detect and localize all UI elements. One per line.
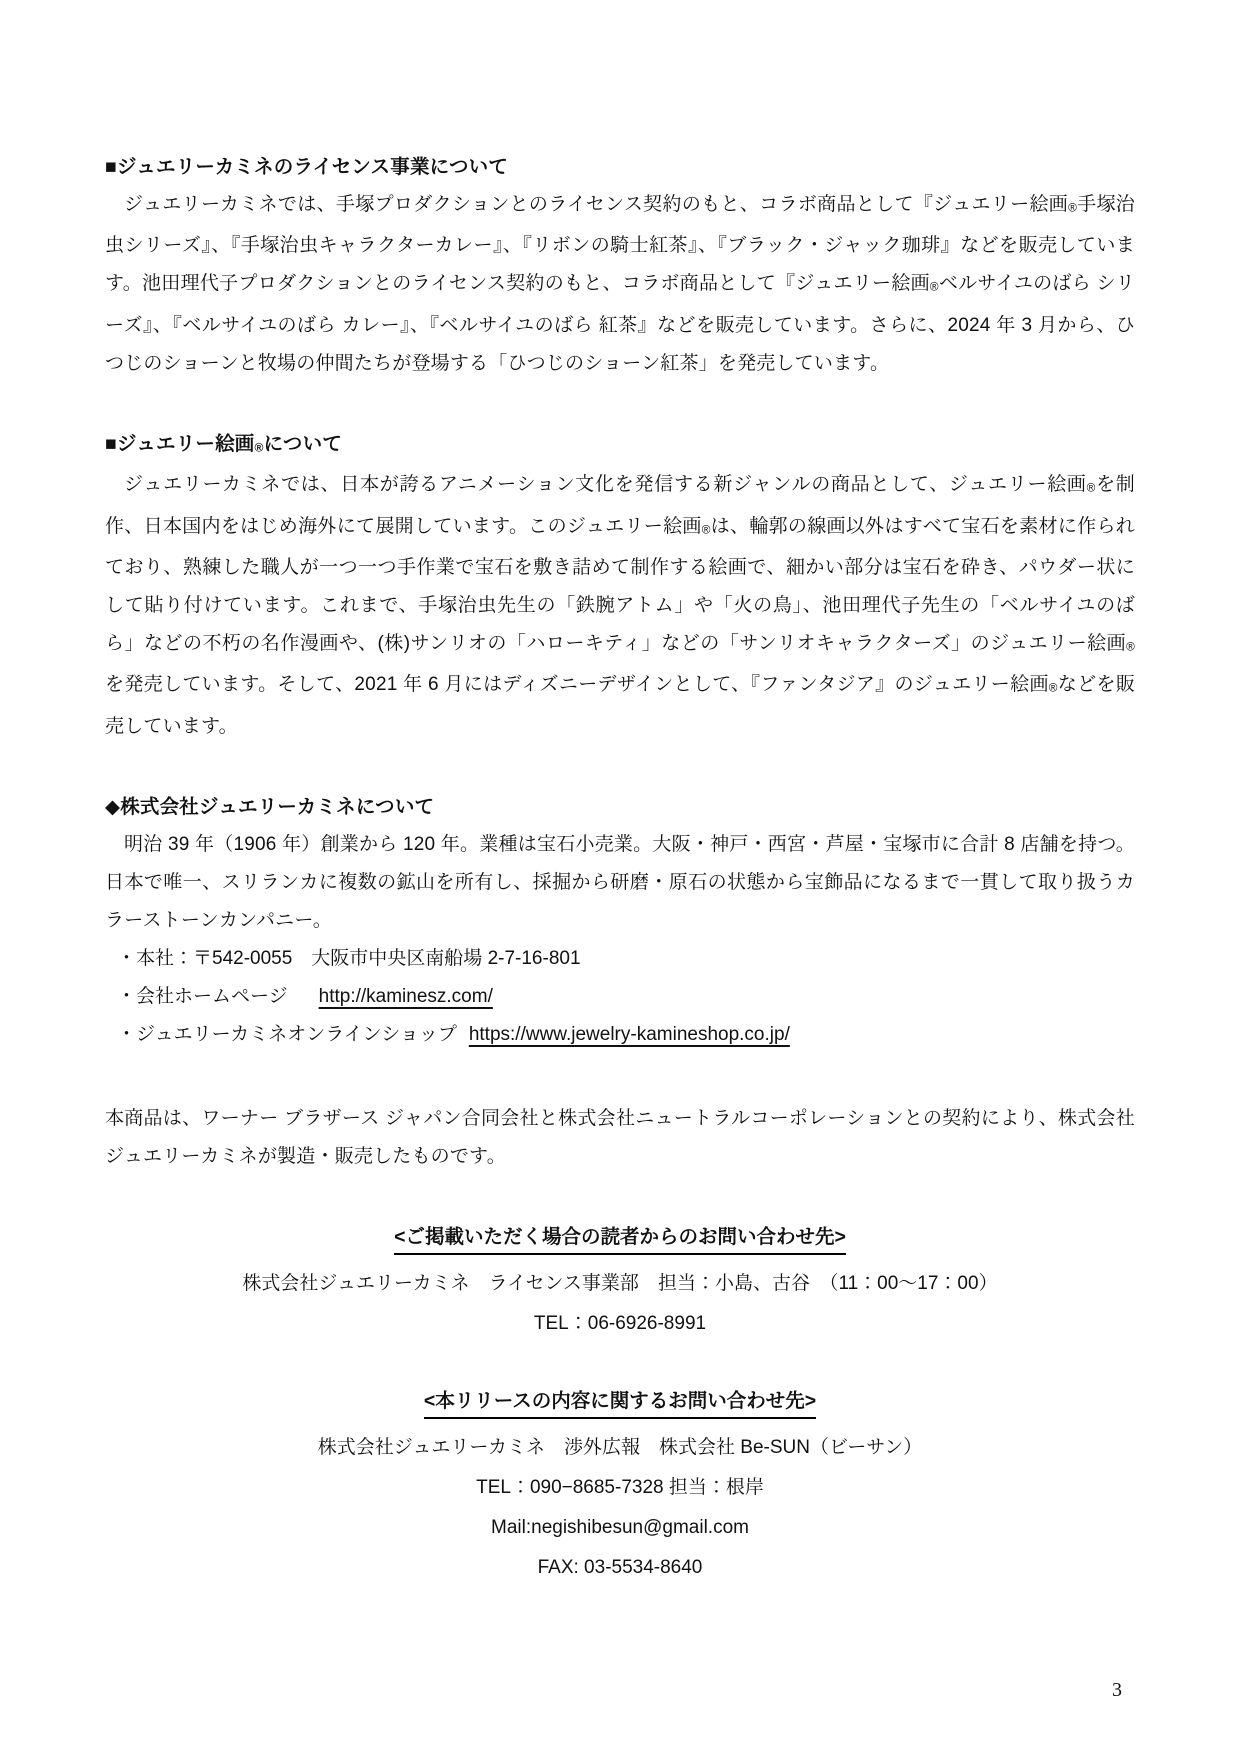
company-section-heading: ◆株式会社ジュエリーカミネについて — [105, 788, 1135, 826]
contact-readers-heading: <ご掲載いただく場合の読者からのお問い合わせ先> — [394, 1222, 846, 1255]
company-address-item: ・本社：〒542-0055 大阪市中央区南船場 2-7-16-801 — [117, 940, 1135, 978]
company-homepage-item: ・会社ホームページ http://kaminesz.com/ — [117, 978, 1135, 1016]
contact-readers-department-line: 株式会社ジュエリーカミネ ライセンス事業部 担当：小島、古谷 （11：00～17… — [105, 1264, 1135, 1304]
company-section-body: 明治 39 年（1906 年）創業から 120 年。業種は宝石小売業。大阪・神戸… — [105, 826, 1135, 940]
company-details-list: ・本社：〒542-0055 大阪市中央区南船場 2-7-16-801 ・会社ホー… — [105, 940, 1135, 1054]
online-shop-label: ・ジュエリーカミネオンラインショップ — [117, 1024, 457, 1045]
contact-readers-section: <ご掲載いただく場合の読者からのお問い合わせ先> 株式会社ジュエリーカミネ ライ… — [105, 1222, 1135, 1344]
company-homepage-label: ・会社ホームページ — [117, 986, 307, 1007]
product-note: 本商品は、ワーナー ブラザース ジャパン合同会社と株式会社ニュートラルコーポレー… — [105, 1100, 1135, 1176]
section-company: ◆株式会社ジュエリーカミネについて 明治 39 年（1906 年）創業から 12… — [105, 788, 1135, 1054]
page-number: 3 — [1112, 1679, 1122, 1702]
license-section-body: ジュエリーカミネでは、手塚プロダクションとのライセンス契約のもと、コラボ商品とし… — [105, 186, 1135, 383]
contact-release-tel-line: TEL：090−8685-7328 担当：根岸 — [105, 1468, 1135, 1508]
contact-release-mail-line: Mail:negishibesun@gmail.com — [105, 1508, 1135, 1548]
online-shop-link[interactable]: https://www.jewelry-kamineshop.co.jp/ — [469, 1024, 790, 1045]
jewelry-art-section-heading: ■ジュエリー絵画®について — [105, 425, 1135, 466]
document-page: ■ジュエリーカミネのライセンス事業について ジュエリーカミネでは、手塚プロダクシ… — [0, 0, 1240, 1754]
company-homepage-link[interactable]: http://kaminesz.com/ — [319, 986, 493, 1007]
contact-release-company-line: 株式会社ジュエリーカミネ 渉外広報 株式会社 Be-SUN（ビーサン） — [105, 1428, 1135, 1468]
contact-release-fax-line: FAX: 03-5534-8640 — [105, 1548, 1135, 1588]
section-jewelry-art: ■ジュエリー絵画®について ジュエリーカミネでは、日本が誇るアニメーション文化を… — [105, 425, 1135, 746]
contact-release-heading: <本リリースの内容に関するお問い合わせ先> — [424, 1386, 816, 1419]
contact-release-section: <本リリースの内容に関するお問い合わせ先> 株式会社ジュエリーカミネ 渉外広報 … — [105, 1386, 1135, 1588]
license-section-heading: ■ジュエリーカミネのライセンス事業について — [105, 148, 1135, 186]
contact-readers-tel-line: TEL：06-6926-8991 — [105, 1304, 1135, 1344]
online-shop-item: ・ジュエリーカミネオンラインショップhttps://www.jewelry-ka… — [117, 1016, 1135, 1054]
company-address-label: ・本社：〒542-0055 大阪市中央区南船場 2-7-16-801 — [117, 948, 581, 969]
jewelry-art-section-body: ジュエリーカミネでは、日本が誇るアニメーション文化を発信する新ジャンルの商品とし… — [105, 466, 1135, 746]
section-license: ■ジュエリーカミネのライセンス事業について ジュエリーカミネでは、手塚プロダクシ… — [105, 148, 1135, 383]
